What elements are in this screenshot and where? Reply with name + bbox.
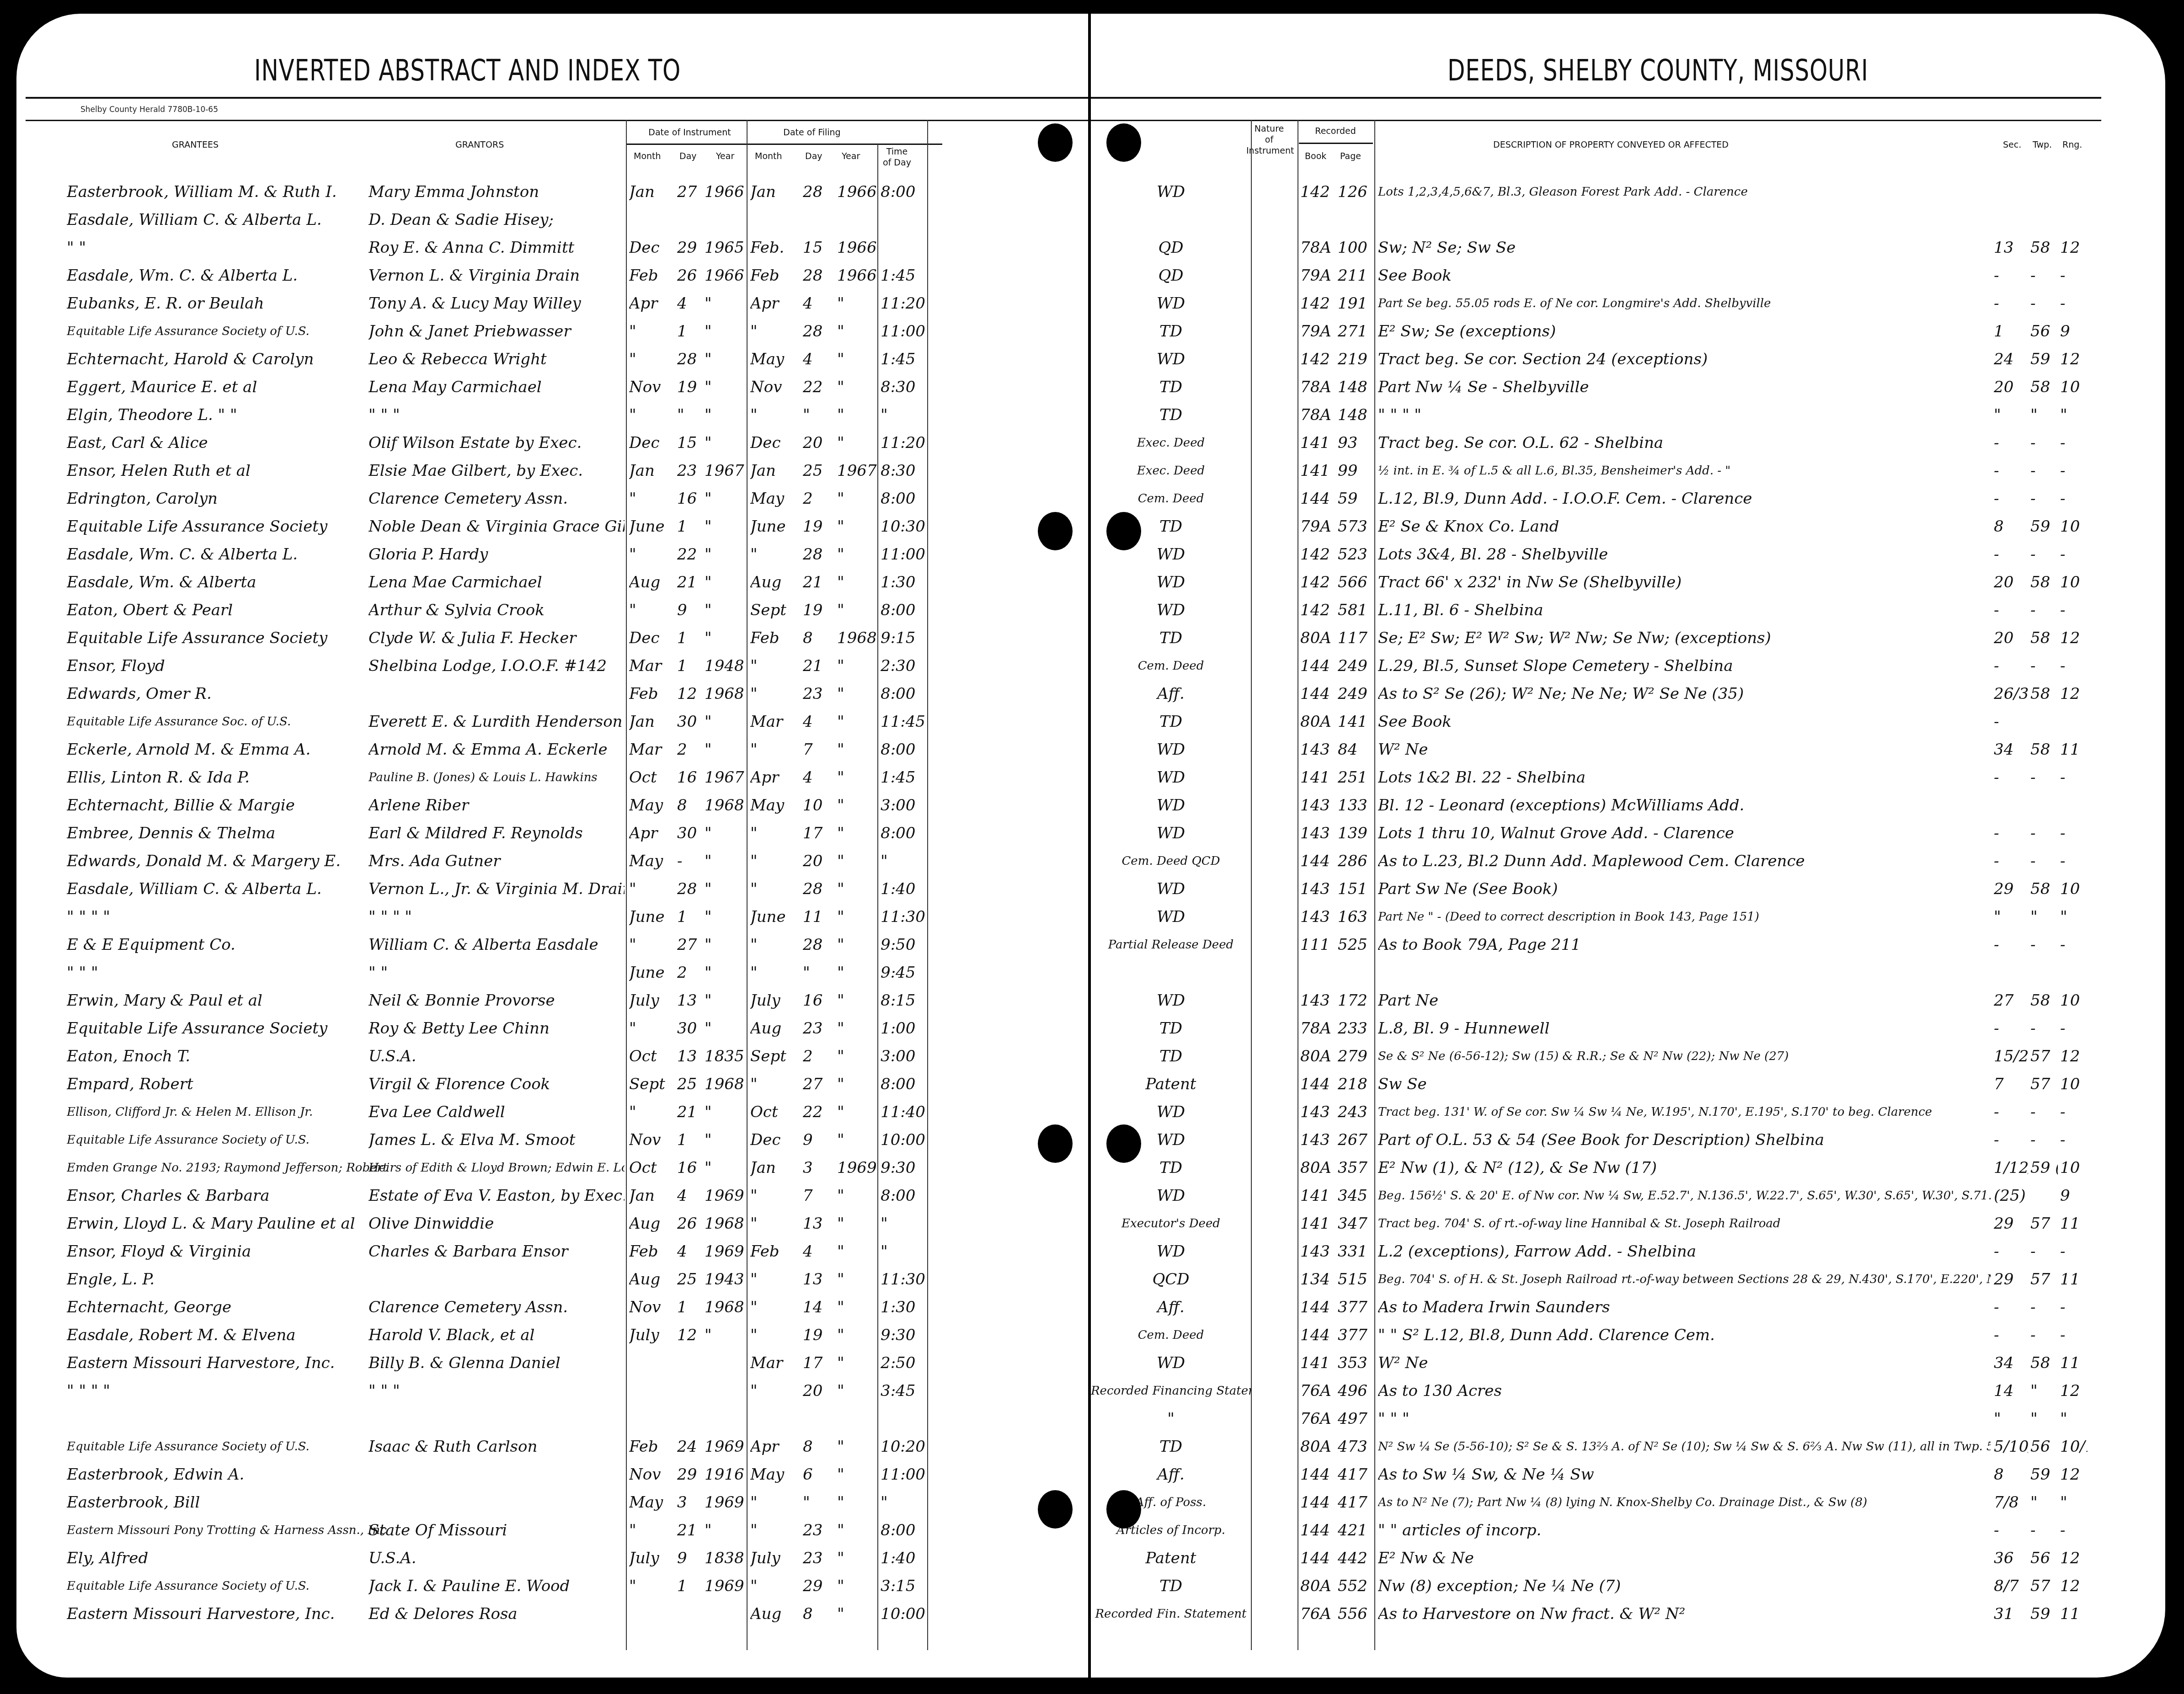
nature-cell: Cem. Deed — [1091, 485, 1251, 512]
entry-row: WD143172Part Ne275810 — [1091, 987, 2165, 1015]
description-cell: N² Sw ¼ Se (5-56-10); S² Se & S. 13⅔ A. … — [1378, 1433, 1991, 1460]
file-year-cell: 1968 — [837, 624, 877, 652]
nature-cell: WD — [1091, 346, 1251, 373]
file-month-cell: Aug — [750, 569, 801, 596]
rng-cell: 10/11 — [2060, 1433, 2088, 1460]
inst-month-cell: Dec — [629, 624, 675, 652]
rng-cell: - — [2060, 1126, 2088, 1154]
right-ledger-page: DEEDS, SHELBY COUNTY, MISSOURI NatureofI… — [1091, 14, 2165, 1678]
entry-row: Ensor, FloydShelbina Lodge, I.O.O.F. #14… — [16, 652, 1088, 680]
entry-row: Articles of Incorp.144421" " articles of… — [1091, 1517, 2165, 1545]
entry-row: WD143151Part Sw Ne (See Book)295810 — [1091, 875, 2165, 903]
file-year-cell: " — [837, 401, 877, 429]
sec-cell: " — [1994, 401, 2028, 429]
file-year-cell: " — [837, 485, 877, 512]
grantee-cell: Ensor, Helen Ruth et al — [67, 457, 387, 485]
file-day-cell: " — [803, 401, 835, 429]
file-month-cell: Feb — [750, 624, 801, 652]
file-year-cell: " — [837, 1545, 877, 1572]
inst-day-cell: 25 — [677, 1266, 705, 1293]
inst-month-cell: " — [629, 1517, 675, 1544]
header-rule — [1091, 97, 2101, 99]
time-header-line-1: Time — [886, 147, 908, 157]
inst-year-cell: 1966 — [705, 178, 746, 206]
date-subheader-rule — [627, 144, 942, 145]
twp-cell: 58 — [2030, 373, 2058, 401]
inst-year-cell: " — [705, 569, 746, 596]
file-day-cell: " — [803, 1489, 835, 1516]
inst-month-cell: June — [629, 903, 675, 931]
file-day-cell: 21 — [803, 569, 835, 596]
inst-day-cell: 29 — [677, 234, 705, 261]
book-cell: 142 — [1300, 178, 1337, 206]
inst-month-cell: " — [629, 931, 675, 959]
grantor-cell: Arnold M. & Emma A. Eckerle — [368, 736, 625, 763]
file-year-cell: " — [837, 290, 877, 317]
sec-cell: - — [1994, 1517, 2028, 1544]
page-cell: 377 — [1338, 1321, 1374, 1349]
twp-cell: 58 — [2030, 569, 2058, 596]
entry-row: Embree, Dennis & ThelmaEarl & Mildred F.… — [16, 820, 1088, 847]
rng-cell: 10 — [2060, 373, 2088, 401]
sec-cell: - — [1994, 1294, 2028, 1321]
book-cell: 111 — [1300, 931, 1337, 959]
rng-cell: 10 — [2060, 875, 2088, 903]
grantor-cell: Noble Dean & Virginia Grace Gibson — [368, 513, 625, 540]
time-cell: 11:00 — [881, 541, 926, 568]
file-year-cell: " — [837, 569, 877, 596]
entry-row: WD143243Tract beg. 131' W. of Se cor. Sw… — [1091, 1098, 2165, 1126]
sec-cell: - — [1994, 820, 2028, 847]
file-month-cell: Jan — [750, 457, 801, 485]
inst-day-cell: 9 — [677, 1545, 705, 1572]
twp-cell: - — [2030, 764, 2058, 791]
inst-day-cell: 3 — [677, 1489, 705, 1516]
page-cell: 267 — [1338, 1126, 1374, 1154]
nature-cell: WD — [1091, 1238, 1251, 1265]
file-month-cell: " — [750, 820, 801, 847]
sec-cell: 8 — [1994, 513, 2028, 540]
sec-cell: 27 — [1994, 987, 2028, 1014]
description-cell: Sw; N² Se; Sw Se — [1378, 234, 1991, 261]
nature-cell: WD — [1091, 1349, 1251, 1377]
nature-cell: Patent — [1091, 1545, 1251, 1572]
file-year-cell: 1966 — [837, 262, 877, 289]
page-cell: 581 — [1338, 597, 1374, 624]
inst-day-cell: 27 — [677, 178, 705, 206]
inst-year-cell: " — [705, 541, 746, 568]
file-day-cell: 21 — [803, 652, 835, 680]
inst-year-cell: 1965 — [705, 234, 746, 261]
entry-row: Easdale, Wm. C. & Alberta L.Vernon L. & … — [16, 262, 1088, 290]
time-cell: 3:00 — [881, 1043, 926, 1070]
description-cell: Part Sw Ne (See Book) — [1378, 875, 1991, 903]
grantee-cell: Eaton, Enoch T. — [67, 1043, 387, 1070]
grantor-cell: Isaac & Ruth Carlson — [368, 1433, 625, 1460]
description-cell: See Book — [1378, 262, 1991, 289]
file-year-cell: " — [837, 1015, 877, 1042]
nature-cell: TD — [1091, 1433, 1251, 1460]
inst-year-cell: " — [705, 1154, 746, 1182]
nature-cell: TD — [1091, 1572, 1251, 1600]
inst-month-cell: " — [629, 485, 675, 512]
file-year-cell: " — [837, 1433, 877, 1460]
grantee-cell: Eggert, Maurice E. et al — [67, 373, 387, 401]
nature-cell: TD — [1091, 318, 1251, 345]
file-month-cell: Jan — [750, 178, 801, 206]
time-cell: 2:30 — [881, 652, 926, 680]
nature-header: NatureofInstrument — [1246, 123, 1292, 156]
punch-hole — [1038, 1490, 1073, 1529]
time-cell: " — [881, 1489, 926, 1516]
inst-year-cell: " — [705, 708, 746, 735]
file-year-cell: " — [837, 1377, 877, 1405]
page-cell: 417 — [1338, 1461, 1374, 1488]
book-cell: 141 — [1300, 1349, 1337, 1377]
twp-cell: - — [2030, 652, 2058, 680]
inst-day-cell: - — [677, 847, 705, 875]
nature-header-line-3: Instrument — [1246, 146, 1294, 156]
file-day-cell: 13 — [803, 1210, 835, 1237]
entry-row: Equitable Life Assurance SocietyRoy & Be… — [16, 1015, 1088, 1043]
inst-month-cell: Nov — [629, 1294, 675, 1321]
entry-row: Easdale, Robert M. & ElvenaHarold V. Bla… — [16, 1321, 1088, 1349]
description-cell: W² Ne — [1378, 1349, 1991, 1377]
nature-cell: Aff. — [1091, 680, 1251, 708]
inst-day-cell: 4 — [677, 1182, 705, 1209]
book-cell: 143 — [1300, 987, 1337, 1014]
left-page-title: INVERTED ABSTRACT AND INDEX TO — [254, 54, 681, 88]
rng-cell: - — [2060, 1294, 2088, 1321]
inst-year-cell: " — [705, 624, 746, 652]
grantor-cell: Arthur & Sylvia Crook — [368, 597, 625, 624]
nature-cell: " — [1091, 1405, 1251, 1433]
inst-day-cell: 1 — [677, 1126, 705, 1154]
file-day-cell: 4 — [803, 764, 835, 791]
book-cell: 80A — [1300, 1154, 1337, 1182]
file-month-cell: " — [750, 1572, 801, 1600]
grantor-cell: Roy E. & Anna C. Dimmitt — [368, 234, 625, 261]
file-month-cell: " — [750, 1321, 801, 1349]
book-cell: 144 — [1300, 1489, 1337, 1516]
entry-row: TD78A233L.8, Bl. 9 - Hunnewell--- — [1091, 1015, 2165, 1043]
time-cell: 11:30 — [881, 1266, 926, 1293]
file-year-cell: " — [837, 1266, 877, 1293]
file-month-cell: " — [750, 1294, 801, 1321]
rng-cell: 11 — [2060, 1600, 2088, 1628]
nature-cell: TD — [1091, 373, 1251, 401]
file-day-cell: 13 — [803, 1266, 835, 1293]
file-day-cell: 22 — [803, 1098, 835, 1126]
inst-month-cell: Jan — [629, 457, 675, 485]
entry-row: WD141251Lots 1&2 Bl. 22 - Shelbina--- — [1091, 764, 2165, 792]
inst-year-cell: 1969 — [705, 1572, 746, 1600]
sec-cell: 5/10/11 — [1994, 1433, 2028, 1460]
description-cell: Bl. 12 - Leonard (exceptions) McWilliams… — [1378, 792, 1991, 819]
file-day-cell: 11 — [803, 903, 835, 931]
nature-cell: Cem. Deed — [1091, 652, 1251, 680]
inst-day-cell: 16 — [677, 1154, 705, 1182]
punch-hole — [1038, 123, 1073, 162]
inst-day-cell: 27 — [677, 931, 705, 959]
file-day-cell: 7 — [803, 1182, 835, 1209]
description-cell: Tract beg. Se cor. Section 24 (exception… — [1378, 346, 1991, 373]
page-cell: 218 — [1338, 1071, 1374, 1098]
sec-cell: 24 — [1994, 346, 2028, 373]
grantee-cell: " " " — [67, 959, 387, 986]
printer-mark: Shelby County Herald 7780B-10-65 — [80, 105, 218, 114]
rng-cell: - — [2060, 290, 2088, 317]
twp-cell: 56 — [2030, 1545, 2058, 1572]
file-month-cell: Aug — [750, 1600, 801, 1628]
grantee-cell: Equitable Life Assurance Society of U.S. — [67, 1572, 387, 1600]
grantors-header: GRANTORS — [455, 139, 504, 150]
time-cell: 8:00 — [881, 1182, 926, 1209]
book-cell: 80A — [1300, 708, 1337, 735]
nature-cell: WD — [1091, 792, 1251, 819]
time-cell: 10:20 — [881, 1433, 926, 1460]
file-year-cell: " — [837, 1294, 877, 1321]
page-cell: 496 — [1338, 1377, 1374, 1405]
page-cell: 84 — [1338, 736, 1374, 763]
grantor-cell: Clarence Cemetery Assn. — [368, 1294, 625, 1321]
time-cell: 11:00 — [881, 1461, 926, 1488]
inst-day-cell: 22 — [677, 541, 705, 568]
file-month-cell: June — [750, 903, 801, 931]
twp-cell: - — [2030, 1321, 2058, 1349]
book-cell: 144 — [1300, 652, 1337, 680]
grantees-header: GRANTEES — [172, 139, 219, 150]
inst-month-cell: Aug — [629, 1266, 675, 1293]
grantee-cell: Easdale, Wm. C. & Alberta L. — [67, 541, 387, 568]
twp-cell: - — [2030, 820, 2058, 847]
inst-day-cell: 19 — [677, 373, 705, 401]
book-cell: 144 — [1300, 1461, 1337, 1488]
inst-year-cell: 1916 — [705, 1461, 746, 1488]
sec-cell: 20 — [1994, 373, 2028, 401]
file-month-cell: " — [750, 1182, 801, 1209]
twp-cell: 57 — [2030, 1043, 2058, 1070]
grantee-cell: Ellison, Clifford Jr. & Helen M. Ellison… — [67, 1098, 387, 1126]
file-day-header: Day — [805, 151, 822, 162]
grantee-cell: Easterbrook, William M. & Ruth I. — [67, 178, 387, 206]
twp-cell: 57 — [2030, 1266, 2058, 1293]
entry-row: Emden Grange No. 2193; Raymond Jefferson… — [16, 1154, 1088, 1182]
file-day-cell: 20 — [803, 847, 835, 875]
description-cell: " " " — [1378, 1405, 1991, 1433]
header-rule — [26, 97, 1088, 99]
file-month-cell: " — [750, 959, 801, 986]
grantor-cell: Jack I. & Pauline E. Wood — [368, 1572, 625, 1600]
time-cell: 8:00 — [881, 597, 926, 624]
twp-cell: 57 — [2030, 1210, 2058, 1237]
grantee-cell: " " — [67, 234, 387, 261]
rng-cell: - — [2060, 820, 2088, 847]
nature-cell: TD — [1091, 1043, 1251, 1070]
nature-cell: WD — [1091, 1098, 1251, 1126]
description-cell: As to Book 79A, Page 211 — [1378, 931, 1991, 959]
grantor-cell: Mary Emma Johnston — [368, 178, 625, 206]
sec-cell: - — [1994, 1015, 2028, 1042]
file-month-cell: May — [750, 792, 801, 819]
entry-row: " " "" "June2""""9:45 — [16, 959, 1088, 987]
file-day-cell: " — [803, 959, 835, 986]
file-month-header: Month — [755, 151, 782, 162]
time-cell: 10:00 — [881, 1126, 926, 1154]
rng-cell: - — [2060, 652, 2088, 680]
grantee-cell: Ensor, Floyd & Virginia — [67, 1238, 387, 1265]
rng-cell: 12 — [2060, 1461, 2088, 1488]
inst-month-cell: " — [629, 318, 675, 345]
page-cell: 497 — [1338, 1405, 1374, 1433]
inst-month-cell: Feb — [629, 1433, 675, 1460]
description-header: DESCRIPTION OF PROPERTY CONVEYED OR AFFE… — [1493, 139, 1729, 150]
grantee-cell: Eastern Missouri Pony Trotting & Harness… — [67, 1517, 387, 1544]
inst-day-cell: 1 — [677, 318, 705, 345]
time-cell: 8:00 — [881, 736, 926, 763]
grantee-cell: Edrington, Carolyn — [67, 485, 387, 512]
entry-row: Eastern Missouri Harvestore, Inc.Ed & De… — [16, 1600, 1088, 1628]
description-cell: " " " " — [1378, 401, 1991, 429]
nature-cell: Exec. Deed — [1091, 457, 1251, 485]
time-cell: 11:40 — [881, 1098, 926, 1126]
grantor-cell: Heirs of Edith & Lloyd Brown; Edwin E. L… — [368, 1154, 625, 1182]
grantee-cell: Ensor, Floyd — [67, 652, 387, 680]
description-cell: Part of O.L. 53 & 54 (See Book for Descr… — [1378, 1126, 1991, 1154]
book-cell: 142 — [1300, 569, 1337, 596]
inst-year-cell: " — [705, 318, 746, 345]
grantor-cell: Estate of Eva V. Easton, by Exec. — [368, 1182, 625, 1209]
entry-row: Ellison, Clifford Jr. & Helen M. Ellison… — [16, 1098, 1088, 1126]
page-header: Page — [1340, 151, 1361, 162]
inst-year-cell: " — [705, 1321, 746, 1349]
file-month-cell: " — [750, 318, 801, 345]
time-cell: 3:45 — [881, 1377, 926, 1405]
file-month-cell: Mar — [750, 708, 801, 735]
book-cell: 143 — [1300, 1126, 1337, 1154]
punch-hole — [1106, 1490, 1141, 1529]
book-cell: 141 — [1300, 429, 1337, 457]
file-month-cell: " — [750, 1071, 801, 1098]
inst-day-cell: 8 — [677, 792, 705, 819]
nature-cell: TD — [1091, 1015, 1251, 1042]
grantor-cell: John & Janet Priebwasser — [368, 318, 625, 345]
file-year-cell: " — [837, 1489, 877, 1516]
entry-row: TD78A148Part Nw ¼ Se - Shelbyville205810 — [1091, 373, 2165, 401]
rng-cell: 12 — [2060, 624, 2088, 652]
rng-cell: 12 — [2060, 1377, 2088, 1405]
entry-row: WD142566Tract 66' x 232' in Nw Se (Shelb… — [1091, 569, 2165, 597]
time-cell: 1:45 — [881, 262, 926, 289]
entry-row: Easterbrook, William M. & Ruth I.Mary Em… — [16, 178, 1088, 206]
rng-cell: 9 — [2060, 1182, 2088, 1209]
rng-cell: 10 — [2060, 1154, 2088, 1182]
file-year-cell: " — [837, 318, 877, 345]
entry-row: Exec. Deed14199½ int. in E. ¾ of L.5 & a… — [1091, 457, 2165, 485]
entry-row: WD143331L.2 (exceptions), Farrow Add. - … — [1091, 1238, 2165, 1266]
description-cell: Sw Se — [1378, 1071, 1991, 1098]
inst-day-cell: 30 — [677, 1015, 705, 1042]
book-cell: 144 — [1300, 1294, 1337, 1321]
inst-day-cell: 24 — [677, 1433, 705, 1460]
inst-month-cell: Jan — [629, 1182, 675, 1209]
inst-month-cell: Oct — [629, 1043, 675, 1070]
rng-cell: - — [2060, 485, 2088, 512]
time-cell: 1:45 — [881, 346, 926, 373]
description-cell: Part Nw ¼ Se - Shelbyville — [1378, 373, 1991, 401]
grantor-cell: Neil & Bonnie Provorse — [368, 987, 625, 1014]
sec-cell: 29 — [1994, 1266, 2028, 1293]
inst-year-cell: 1838 — [705, 1545, 746, 1572]
file-year-cell: " — [837, 875, 877, 903]
file-day-cell: 6 — [803, 1461, 835, 1488]
file-year-cell: " — [837, 1517, 877, 1544]
inst-year-cell: 1968 — [705, 680, 746, 708]
grantee-cell: Engle, L. P. — [67, 1266, 387, 1293]
nature-cell: QCD — [1091, 1266, 1251, 1293]
book-cell: 80A — [1300, 624, 1337, 652]
grantee-cell: Equitable Life Assurance Society of U.S. — [67, 1433, 387, 1460]
grantor-cell: Ed & Delores Rosa — [368, 1600, 625, 1628]
right-page-title: DEEDS, SHELBY COUNTY, MISSOURI — [1447, 54, 1868, 88]
file-month-cell: " — [750, 736, 801, 763]
sec-cell: 20 — [1994, 569, 2028, 596]
grantee-cell: Equitable Life Assurance Society — [67, 624, 387, 652]
file-month-cell: " — [750, 401, 801, 429]
twp-cell: 59 — [2030, 346, 2058, 373]
rng-cell: - — [2060, 457, 2088, 485]
grantor-cell: Leo & Rebecca Wright — [368, 346, 625, 373]
grantee-cell: Easdale, William C. & Alberta L. — [67, 206, 387, 234]
grantee-cell: Easdale, Wm. & Alberta — [67, 569, 387, 596]
nature-cell: TD — [1091, 401, 1251, 429]
page-cell: 345 — [1338, 1182, 1374, 1209]
time-of-day-header: Timeof Day — [883, 146, 911, 168]
inst-day-cell: 15 — [677, 429, 705, 457]
entry-row: WD143133Bl. 12 - Leonard (exceptions) Mc… — [1091, 792, 2165, 820]
rng-cell: - — [2060, 764, 2088, 791]
inst-month-cell: Aug — [629, 569, 675, 596]
description-cell: Beg. 156½' S. & 20' E. of Nw cor. Nw ¼ S… — [1378, 1182, 1991, 1209]
file-day-cell: 16 — [803, 987, 835, 1014]
entry-row: Executor's Deed141347Tract beg. 704' S. … — [1091, 1210, 2165, 1238]
inst-year-cell: " — [705, 401, 746, 429]
file-year-cell: " — [837, 1572, 877, 1600]
description-cell: Lots 1&2 Bl. 22 - Shelbina — [1378, 764, 1991, 791]
book-cell: 144 — [1300, 1071, 1337, 1098]
inst-month-cell: Feb — [629, 1238, 675, 1265]
sec-cell: - — [1994, 1238, 2028, 1265]
file-year-cell: " — [837, 1461, 877, 1488]
inst-day-cell: 28 — [677, 875, 705, 903]
book-cell: 80A — [1300, 1043, 1337, 1070]
inst-month-cell: Mar — [629, 652, 675, 680]
time-cell: 8:00 — [881, 680, 926, 708]
inst-month-cell: July — [629, 1545, 675, 1572]
twp-cell: " — [2030, 1489, 2058, 1516]
grantee-cell: Erwin, Mary & Paul et al — [67, 987, 387, 1014]
grantor-cell: Vernon L. & Virginia Drain — [368, 262, 625, 289]
file-month-cell: " — [750, 680, 801, 708]
description-cell: As to N² Ne (7); Part Nw ¼ (8) lying N. … — [1378, 1489, 1991, 1516]
nature-cell: WD — [1091, 764, 1251, 791]
grantor-cell: Mrs. Ada Gutner — [368, 847, 625, 875]
punch-hole — [1106, 123, 1141, 162]
file-month-cell: " — [750, 1489, 801, 1516]
sec-cell: - — [1994, 1126, 2028, 1154]
file-day-cell: 3 — [803, 1154, 835, 1182]
entry-row: WD142219Tract beg. Se cor. Section 24 (e… — [1091, 346, 2165, 373]
